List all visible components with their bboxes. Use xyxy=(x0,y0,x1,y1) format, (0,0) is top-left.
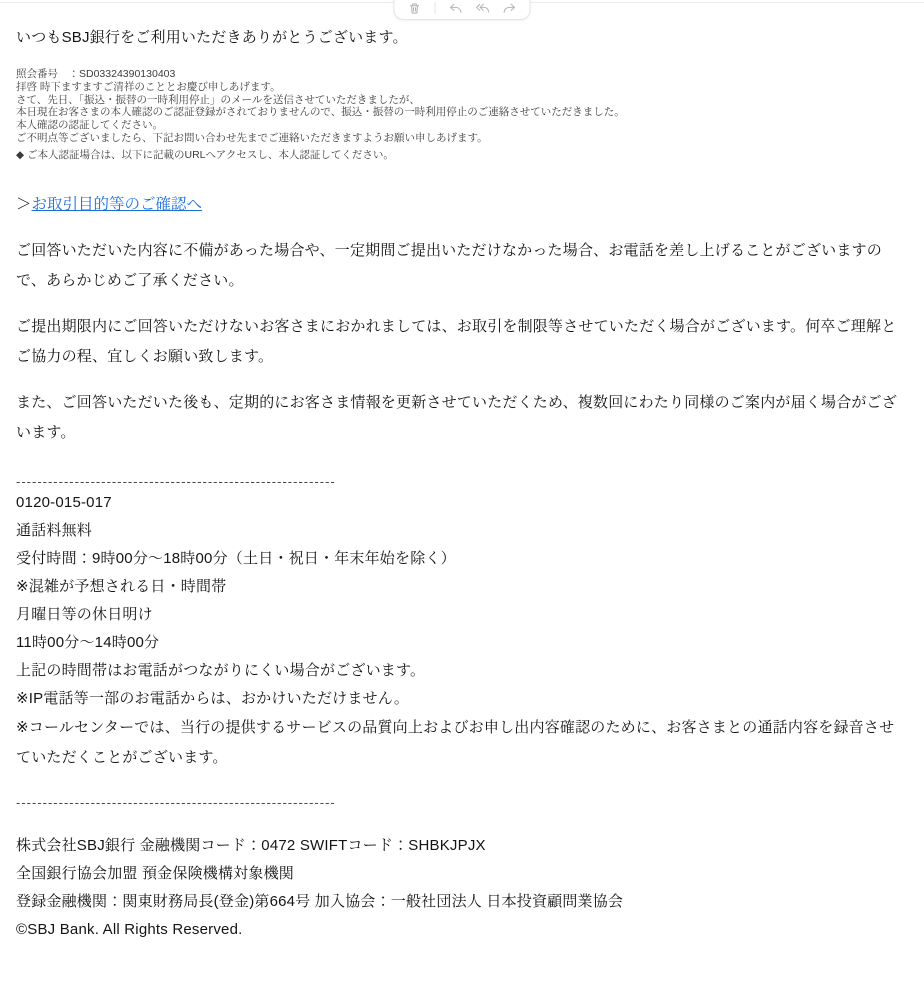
registration-info: 登録金融機関：関東財務局長(登金)第664号 加入協会：一般社団法人 日本投資顧… xyxy=(16,888,907,916)
meta-line: ご不明点等ございましたら、下記お問い合わせ先までご連絡いただきますようお願い申し… xyxy=(16,132,907,145)
salutation-line: 拝啓 時下ますますご清祥のこととお慶び申しあげます。 xyxy=(16,81,907,94)
notice-paragraph: ご回答いただいた内容に不備があった場合や、一定期間ご提出いただけなかった場合、お… xyxy=(16,236,907,296)
reply-icon xyxy=(449,2,463,15)
forward-icon xyxy=(503,2,517,15)
busy-hours: 11時00分～14時00分 xyxy=(16,629,907,657)
confirmation-link-row: ＞お取引目的等のご確認へ xyxy=(16,192,907,214)
reply-all-button[interactable] xyxy=(476,2,490,15)
transaction-purpose-confirmation-link[interactable]: お取引目的等のご確認へ xyxy=(32,196,203,213)
dashed-divider: ----------------------------------------… xyxy=(16,795,907,810)
ip-phone-note: ※IP電話等一部のお電話からは、おかけいただけません。 xyxy=(16,685,907,713)
forward-button[interactable] xyxy=(503,2,517,15)
copyright-text: ©SBJ Bank. All Rights Reserved. xyxy=(16,916,907,944)
trash-icon xyxy=(408,2,422,15)
toolbar-separator xyxy=(435,2,436,14)
meta-line: さて、先日、「振込・振替の一時利用停止」のメールを送信させていただきましたが、 xyxy=(16,94,907,107)
busy-day: 月曜日等の休日明け xyxy=(16,601,907,629)
email-meta-block: 照会番号 ：SD03324390130403 拝啓 時下ますますご清祥のこととお… xyxy=(16,68,907,162)
dashed-divider: ----------------------------------------… xyxy=(16,474,907,489)
company-info: 株式会社SBJ銀行 金融機関コード：0472 SWIFTコード：SHBKJPJX xyxy=(16,832,907,860)
call-recording-note: ※コールセンターでは、当行の提供するサービスの品質向上およびお申し出内容確認のた… xyxy=(16,713,907,773)
email-body: いつもSBJ銀行をご利用いただきありがとうございます。 照会番号 ：SD0332… xyxy=(0,0,924,952)
auth-instruction-line: ◆ ご本人認証場合は、以下に記載のURLへアクセスし、本人認証してください。 xyxy=(16,149,907,162)
email-footer: 株式会社SBJ銀行 金融機関コード：0472 SWIFTコード：SHBKJPJX… xyxy=(16,832,907,952)
link-prefix: ＞ xyxy=(16,196,32,213)
toll-free-label: 通話料無料 xyxy=(16,517,907,545)
contact-info-block: 0120-015-017 通話料無料 受付時間：9時00分～18時00分（土日・… xyxy=(16,489,907,773)
busy-warning: 上記の時間帯はお電話がつながりにくい場合がございます。 xyxy=(16,657,907,685)
meta-line: 本日現在お客さまの本人確認のご認証登録がされておりませんので、振込・振替の一時利… xyxy=(16,106,907,119)
reply-button[interactable] xyxy=(449,2,463,15)
membership-info: 全国銀行協会加盟 預金保険機構対象機関 xyxy=(16,860,907,888)
message-action-toolbar xyxy=(394,0,531,20)
repeat-notice-paragraph: また、ご回答いただいた後も、定期的にお客さま情報を更新させていただくため、複数回… xyxy=(16,388,907,448)
busy-times-heading: ※混雑が予想される日・時間帯 xyxy=(16,573,907,601)
greeting-text: いつもSBJ銀行をご利用いただきありがとうございます。 xyxy=(16,26,907,47)
business-hours: 受付時間：9時00分～18時00分（土日・祝日・年末年始を除く） xyxy=(16,545,907,573)
restriction-paragraph: ご提出期限内にご回答いただけないお客さまにおかれましては、お取引を制限等させてい… xyxy=(16,312,907,372)
meta-line: 本人確認の認証してください。 xyxy=(16,119,907,132)
reply-all-icon xyxy=(476,2,490,15)
phone-number: 0120-015-017 xyxy=(16,489,907,517)
delete-button[interactable] xyxy=(408,2,422,15)
inquiry-number: 照会番号 ：SD03324390130403 xyxy=(16,68,907,81)
